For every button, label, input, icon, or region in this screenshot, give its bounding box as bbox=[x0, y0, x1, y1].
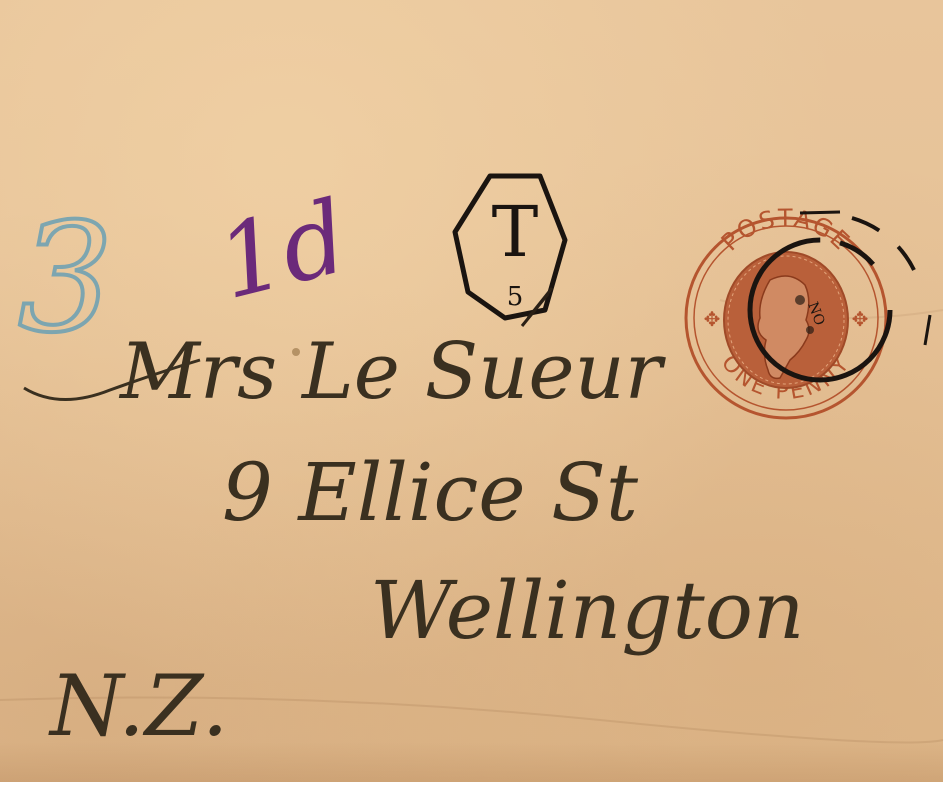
address-line-4: N.Z. bbox=[48, 657, 228, 755]
envelope-markings: 3 1d T 5 POSTAGE ONE PENNY ✥ ✥ bbox=[0, 0, 950, 800]
tax-mark: T 5 bbox=[455, 176, 565, 326]
tax-mark-value: 5 bbox=[507, 282, 524, 312]
svg-text:1d: 1d bbox=[206, 178, 358, 322]
blue-crayon-annotation: 3 bbox=[18, 192, 113, 366]
address-line-2: 9 Ellice St bbox=[222, 446, 639, 539]
svg-text:✥: ✥ bbox=[852, 307, 869, 331]
purple-ink-annotation: 1d bbox=[206, 178, 358, 322]
address-line-3: Wellington bbox=[370, 564, 804, 657]
address-line-1: Mrs Le Sueur bbox=[118, 327, 667, 417]
svg-text:3: 3 bbox=[18, 192, 113, 366]
tax-mark-letter: T bbox=[492, 191, 539, 273]
postage-stamp: POSTAGE ONE PENNY ✥ ✥ bbox=[686, 204, 886, 418]
svg-text:✥: ✥ bbox=[704, 307, 721, 331]
address-block: Mrs Le Sueur 9 Ellice St Wellington N.Z. bbox=[24, 327, 804, 755]
